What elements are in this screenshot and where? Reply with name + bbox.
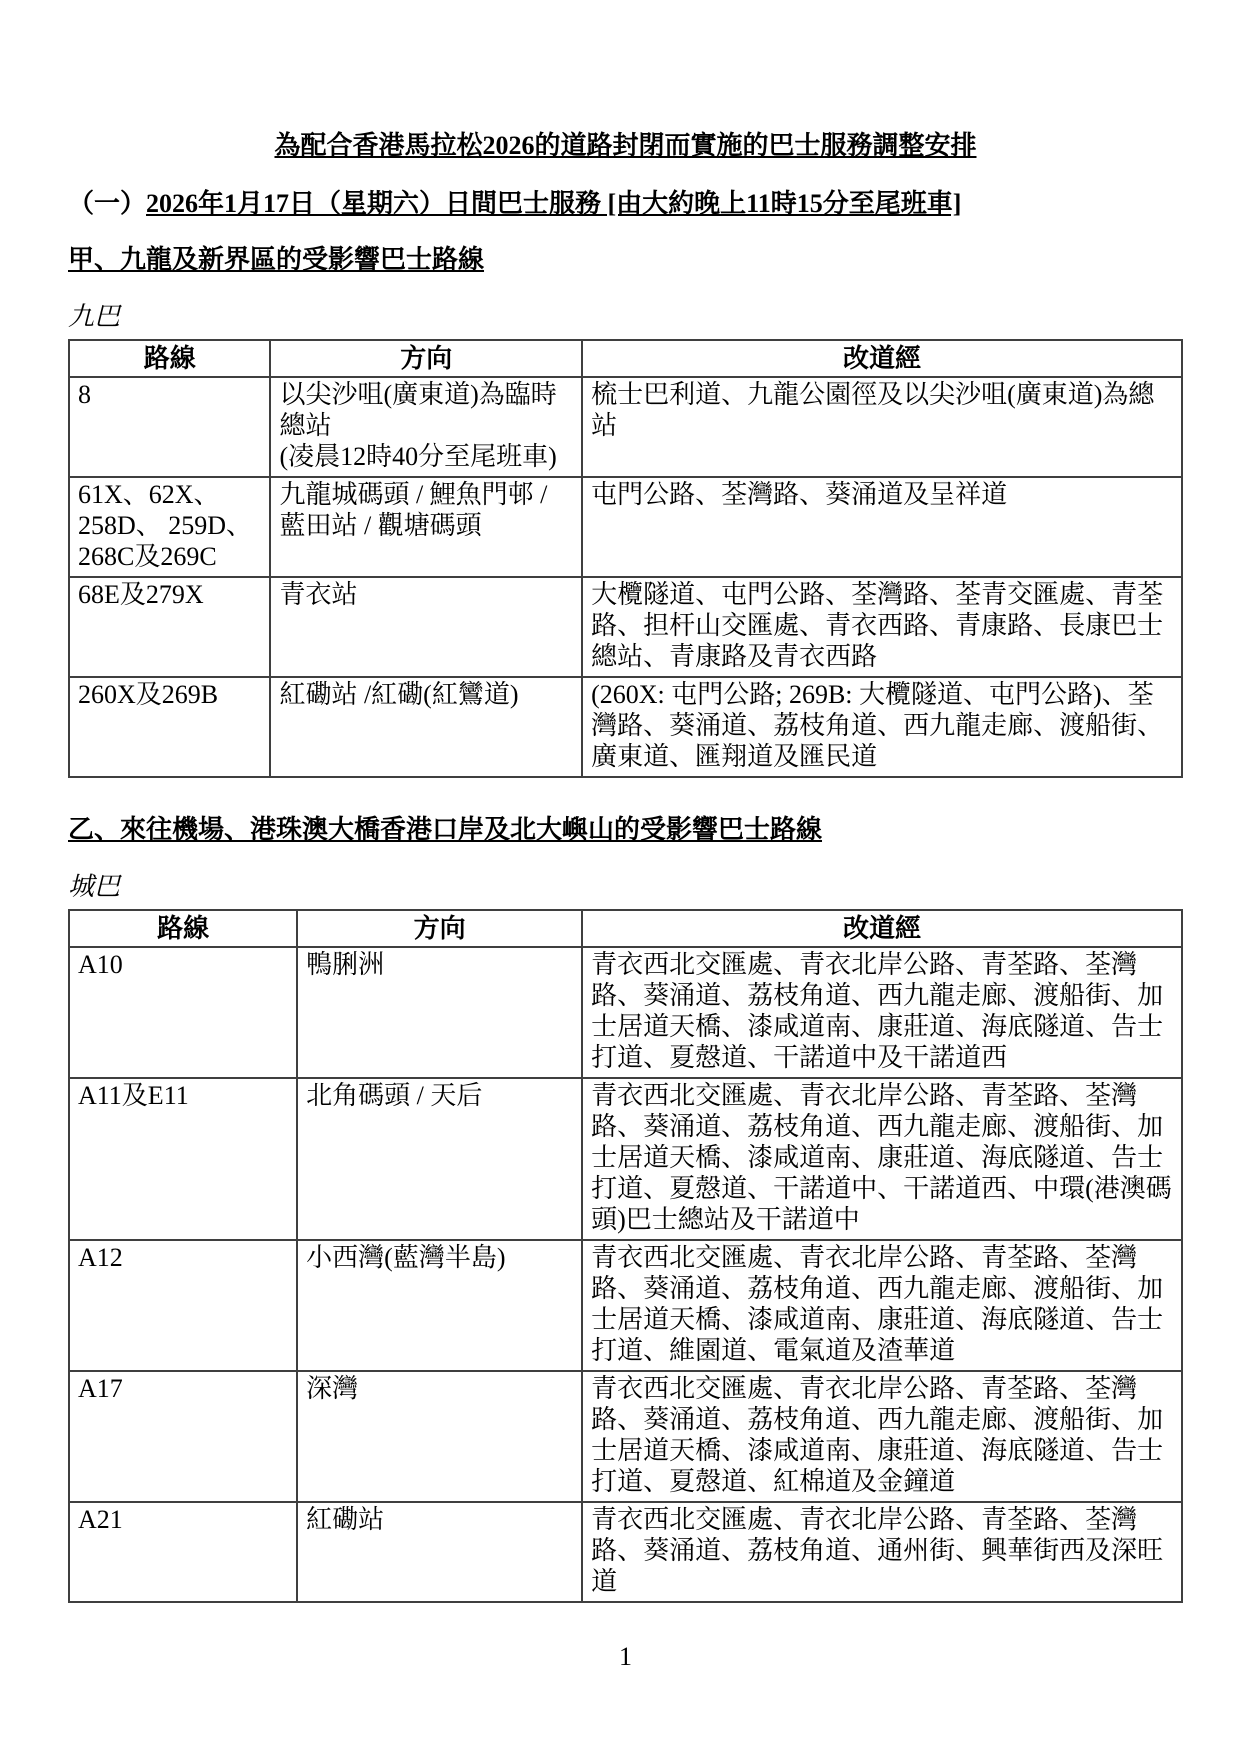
via-cell: 青衣西北交匯處、青衣北岸公路、青荃路、荃灣路、葵涌道、荔枝角道、西九龍走廊、渡船…	[582, 1240, 1182, 1371]
bus-routes-table: 路線方向改道經8以尖沙咀(廣東道)為臨時總站 (凌晨12時40分至尾班車)梳士巴…	[68, 339, 1183, 778]
intro-heading: （一）2026年1月17日（星期六）日間巴士服務 [由大約晚上11時15分至尾班…	[68, 188, 1183, 219]
direction-cell: 小西灣(藍灣半島)	[297, 1240, 582, 1371]
route-cell: A17	[69, 1371, 297, 1502]
via-cell: 大欖隧道、屯門公路、荃灣路、荃青交匯處、青荃路、担杆山交匯處、青衣西路、青康路、…	[582, 577, 1182, 677]
route-cell: A10	[69, 947, 297, 1078]
bus-operator-label: 九巴	[68, 301, 1183, 332]
table-row: A21紅磡站青衣西北交匯處、青衣北岸公路、青荃路、荃灣路、葵涌道、荔枝角道、通州…	[69, 1502, 1182, 1602]
section: 乙、來往機場、港珠澳大橋香港口岸及北大嶼山的受影響巴士路線城巴路線方向改道經A1…	[68, 814, 1183, 1603]
table-row: A17深灣青衣西北交匯處、青衣北岸公路、青荃路、荃灣路、葵涌道、荔枝角道、西九龍…	[69, 1371, 1182, 1502]
sections-container: 甲、九龍及新界區的受影響巴士路線九巴路線方向改道經8以尖沙咀(廣東道)為臨時總站…	[68, 244, 1183, 1603]
bus-operator-label: 城巴	[68, 871, 1183, 902]
document-title: 為配合香港馬拉松2026的道路封閉而實施的巴士服務調整安排	[68, 130, 1183, 161]
column-header: 改道經	[582, 910, 1182, 947]
table-row: A12小西灣(藍灣半島)青衣西北交匯處、青衣北岸公路、青荃路、荃灣路、葵涌道、荔…	[69, 1240, 1182, 1371]
page-number: 1	[68, 1641, 1183, 1672]
via-cell: 青衣西北交匯處、青衣北岸公路、青荃路、荃灣路、葵涌道、荔枝角道、西九龍走廊、渡船…	[582, 1078, 1182, 1240]
direction-cell: 青衣站	[270, 577, 582, 677]
intro-heading-prefix: （一）	[68, 189, 146, 218]
table-header-row: 路線方向改道經	[69, 340, 1182, 377]
section-heading: 甲、九龍及新界區的受影響巴士路線	[68, 244, 1183, 275]
via-cell: 青衣西北交匯處、青衣北岸公路、青荃路、荃灣路、葵涌道、荔枝角道、西九龍走廊、渡船…	[582, 947, 1182, 1078]
direction-cell: 鴨脷洲	[297, 947, 582, 1078]
route-cell: 68E及279X	[69, 577, 270, 677]
table-row: 61X、62X、 258D、 259D、 268C及269C九龍城碼頭 / 鯉魚…	[69, 477, 1182, 577]
table-row: 68E及279X青衣站大欖隧道、屯門公路、荃灣路、荃青交匯處、青荃路、担杆山交匯…	[69, 577, 1182, 677]
column-header: 方向	[297, 910, 582, 947]
bus-routes-table: 路線方向改道經A10鴨脷洲青衣西北交匯處、青衣北岸公路、青荃路、荃灣路、葵涌道、…	[68, 909, 1183, 1603]
document-page: 為配合香港馬拉松2026的道路封閉而實施的巴士服務調整安排 （一）2026年1月…	[0, 0, 1241, 1755]
route-cell: 260X及269B	[69, 677, 270, 777]
direction-cell: 北角碼頭 / 天后	[297, 1078, 582, 1240]
direction-cell: 九龍城碼頭 / 鯉魚門邨 / 藍田站 / 觀塘碼頭	[270, 477, 582, 577]
direction-cell: 紅磡站 /紅磡(紅鸞道)	[270, 677, 582, 777]
table-row: 260X及269B紅磡站 /紅磡(紅鸞道)(260X: 屯門公路; 269B: …	[69, 677, 1182, 777]
intro-heading-text: 2026年1月17日（星期六）日間巴士服務 [由大約晚上11時15分至尾班車]	[146, 189, 961, 218]
table-row: A11及E11北角碼頭 / 天后青衣西北交匯處、青衣北岸公路、青荃路、荃灣路、葵…	[69, 1078, 1182, 1240]
route-cell: 8	[69, 377, 270, 477]
direction-cell: 紅磡站	[297, 1502, 582, 1602]
table-header-row: 路線方向改道經	[69, 910, 1182, 947]
route-cell: A21	[69, 1502, 297, 1602]
column-header: 方向	[270, 340, 582, 377]
via-cell: 青衣西北交匯處、青衣北岸公路、青荃路、荃灣路、葵涌道、荔枝角道、西九龍走廊、渡船…	[582, 1371, 1182, 1502]
route-cell: A11及E11	[69, 1078, 297, 1240]
document-title-text: 為配合香港馬拉松2026的道路封閉而實施的巴士服務調整安排	[274, 131, 976, 160]
column-header: 路線	[69, 910, 297, 947]
via-cell: 梳士巴利道、九龍公園徑及以尖沙咀(廣東道)為總站	[582, 377, 1182, 477]
direction-cell: 以尖沙咀(廣東道)為臨時總站 (凌晨12時40分至尾班車)	[270, 377, 582, 477]
route-cell: 61X、62X、 258D、 259D、 268C及269C	[69, 477, 270, 577]
via-cell: 青衣西北交匯處、青衣北岸公路、青荃路、荃灣路、葵涌道、荔枝角道、通州街、興華街西…	[582, 1502, 1182, 1602]
via-cell: 屯門公路、荃灣路、葵涌道及呈祥道	[582, 477, 1182, 577]
direction-cell: 深灣	[297, 1371, 582, 1502]
section-heading: 乙、來往機場、港珠澳大橋香港口岸及北大嶼山的受影響巴士路線	[68, 814, 1183, 845]
route-cell: A12	[69, 1240, 297, 1371]
via-cell: (260X: 屯門公路; 269B: 大欖隧道、屯門公路)、荃灣路、葵涌道、荔枝…	[582, 677, 1182, 777]
table-row: A10鴨脷洲青衣西北交匯處、青衣北岸公路、青荃路、荃灣路、葵涌道、荔枝角道、西九…	[69, 947, 1182, 1078]
column-header: 路線	[69, 340, 270, 377]
table-row: 8以尖沙咀(廣東道)為臨時總站 (凌晨12時40分至尾班車)梳士巴利道、九龍公園…	[69, 377, 1182, 477]
column-header: 改道經	[582, 340, 1182, 377]
section: 甲、九龍及新界區的受影響巴士路線九巴路線方向改道經8以尖沙咀(廣東道)為臨時總站…	[68, 244, 1183, 778]
